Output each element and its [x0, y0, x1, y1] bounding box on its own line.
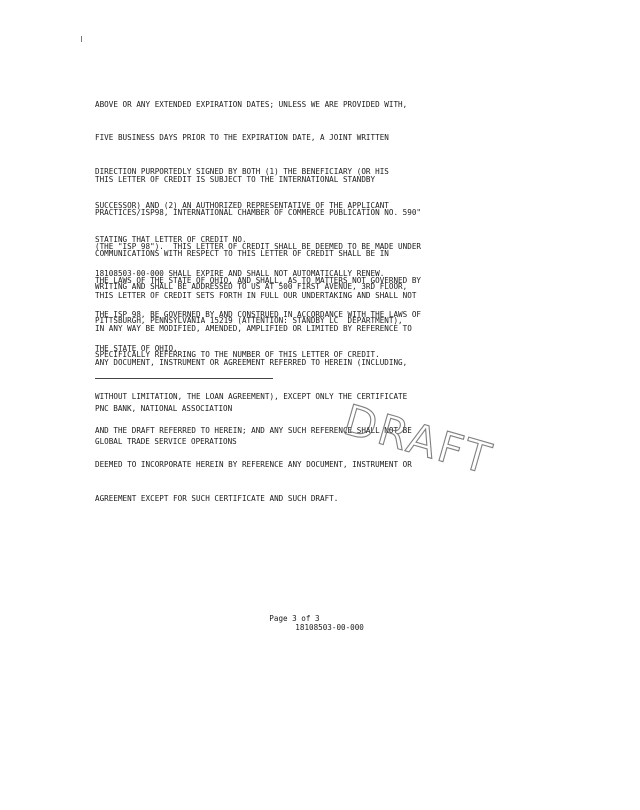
text-line: FIVE BUSINESS DAYS PRIOR TO THE EXPIRATI…	[95, 132, 485, 143]
text-line: PRACTICES/ISP98, INTERNATIONAL CHAMBER O…	[95, 207, 485, 218]
bank-name: PNC BANK, NATIONAL ASSOCIATION	[95, 403, 237, 414]
text-line: COMMUNICATIONS WITH RESPECT TO THIS LETT…	[95, 248, 485, 259]
page-number: Page 3 of 3	[269, 614, 349, 623]
page-footer: Page 3 of 3 18108503-00-000	[251, 605, 364, 641]
text-line: IN ANY WAY BE MODIFIED, AMENDED, AMPLIFI…	[95, 323, 485, 334]
signature-line	[95, 378, 273, 379]
text-line: ABOVE OR ANY EXTENDED EXPIRATION DATES; …	[95, 99, 485, 110]
department-name: GLOBAL TRADE SERVICE OPERATIONS	[95, 436, 237, 447]
text-line: THIS LETTER OF CREDIT IS SUBJECT TO THE …	[95, 174, 485, 185]
text-line: THIS LETTER OF CREDIT SETS FORTH IN FULL…	[95, 290, 485, 301]
signature-block: PNC BANK, NATIONAL ASSOCIATION GLOBAL TR…	[95, 381, 237, 469]
text-line: ANY DOCUMENT, INSTRUMENT OR AGREEMENT RE…	[95, 357, 485, 368]
reference-number: 18108503-00-000	[295, 623, 364, 632]
text-line: AGREEMENT EXCEPT FOR SUCH CERTIFICATE AN…	[95, 493, 485, 504]
document-page: ABOVE OR ANY EXTENDED EXPIRATION DATES; …	[0, 0, 640, 810]
scan-speck	[81, 36, 82, 42]
